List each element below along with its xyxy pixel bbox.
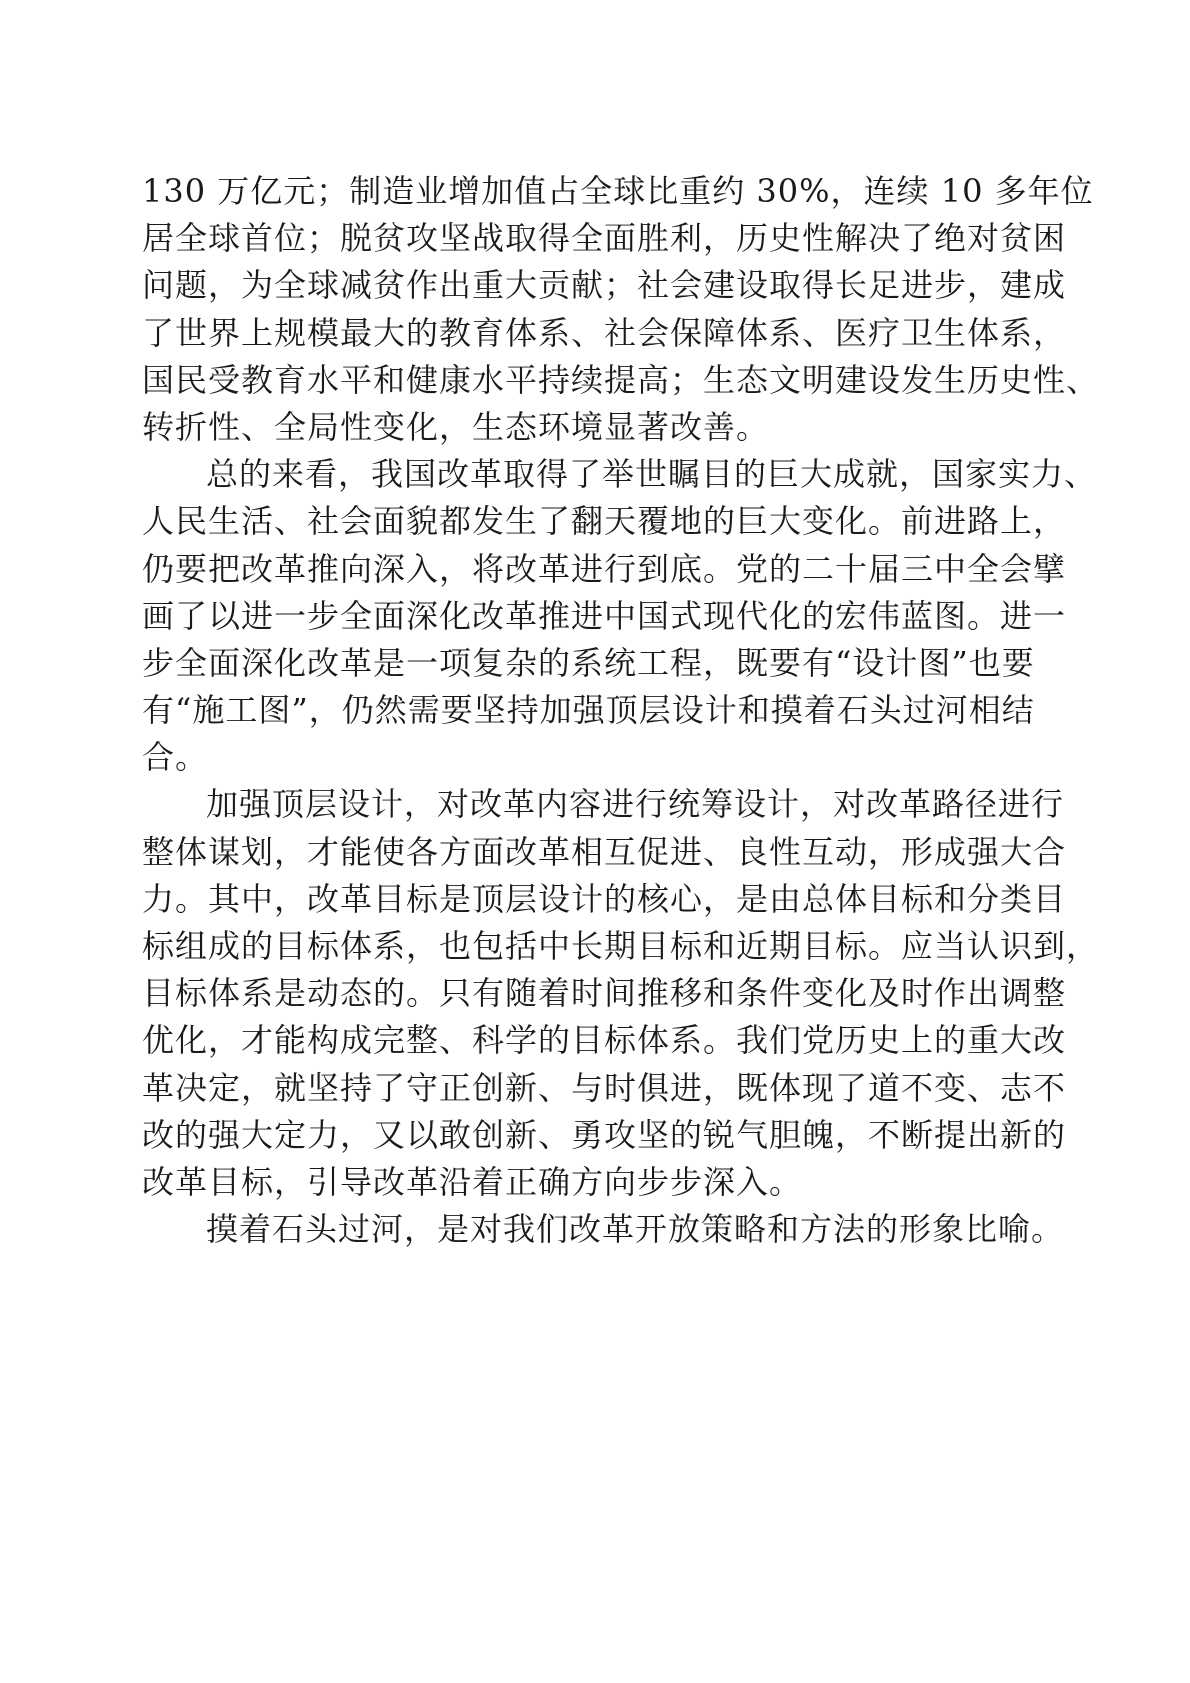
text-line: 画了以进一步全面深化改革推进中国式现代化的宏伟蓝图。进一 — [142, 593, 1022, 640]
text-line: 了世界上规模最大的教育体系、社会保障体系、医疗卫生体系， — [142, 310, 1022, 357]
text-line: 加强顶层设计，对改革内容进行统筹设计，对改革路径进行 — [142, 781, 1022, 828]
text-line: 摸着石头过河，是对我们改革开放策略和方法的形象比喻。 — [142, 1206, 1022, 1253]
document-page: 130 万亿元；制造业增加值占全球比重约 30%，连续 10 多年位 居全球首位… — [142, 168, 1022, 1253]
text-line: 优化，才能构成完整、科学的目标体系。我们党历史上的重大改 — [142, 1017, 1022, 1064]
text-line: 标组成的目标体系，也包括中长期目标和近期目标。应当认识到， — [142, 923, 1022, 970]
text-line: 人民生活、社会面貌都发生了翻天覆地的巨大变化。前进路上， — [142, 498, 1022, 545]
paragraph-1: 130 万亿元；制造业增加值占全球比重约 30%，连续 10 多年位 居全球首位… — [142, 168, 1022, 451]
text-line: 有“施工图”，仍然需要坚持加强顶层设计和摸着石头过河相结 — [142, 687, 1022, 734]
text-line: 整体谋划，才能使各方面改革相互促进、良性互动，形成强大合 — [142, 829, 1022, 876]
text-line: 革决定，就坚持了守正创新、与时俱进，既体现了道不变、志不 — [142, 1065, 1022, 1112]
text-line: 国民受教育水平和健康水平持续提高；生态文明建设发生历史性、 — [142, 357, 1022, 404]
text-line: 改革目标，引导改革沿着正确方向步步深入。 — [142, 1159, 1022, 1206]
text-line: 仍要把改革推向深入，将改革进行到底。党的二十届三中全会擘 — [142, 546, 1022, 593]
text-line: 目标体系是动态的。只有随着时间推移和条件变化及时作出调整 — [142, 970, 1022, 1017]
text-line: 转折性、全局性变化，生态环境显著改善。 — [142, 404, 1022, 451]
text-line: 改的强大定力，又以敢创新、勇攻坚的锐气胆魄，不断提出新的 — [142, 1112, 1022, 1159]
paragraph-4: 摸着石头过河，是对我们改革开放策略和方法的形象比喻。 — [142, 1206, 1022, 1253]
text-line: 居全球首位；脱贫攻坚战取得全面胜利，历史性解决了绝对贫困 — [142, 215, 1022, 262]
text-line: 力。其中，改革目标是顶层设计的核心，是由总体目标和分类目 — [142, 876, 1022, 923]
paragraph-2: 总的来看，我国改革取得了举世瞩目的巨大成就，国家实力、 人民生活、社会面貌都发生… — [142, 451, 1022, 781]
text-line: 步全面深化改革是一项复杂的系统工程，既要有“设计图”也要 — [142, 640, 1022, 687]
text-line: 问题，为全球减贫作出重大贡献；社会建设取得长足进步，建成 — [142, 262, 1022, 309]
text-line: 总的来看，我国改革取得了举世瞩目的巨大成就，国家实力、 — [142, 451, 1022, 498]
text-line: 合。 — [142, 734, 1022, 781]
text-line: 130 万亿元；制造业增加值占全球比重约 30%，连续 10 多年位 — [142, 168, 1022, 215]
paragraph-3: 加强顶层设计，对改革内容进行统筹设计，对改革路径进行 整体谋划，才能使各方面改革… — [142, 781, 1022, 1206]
